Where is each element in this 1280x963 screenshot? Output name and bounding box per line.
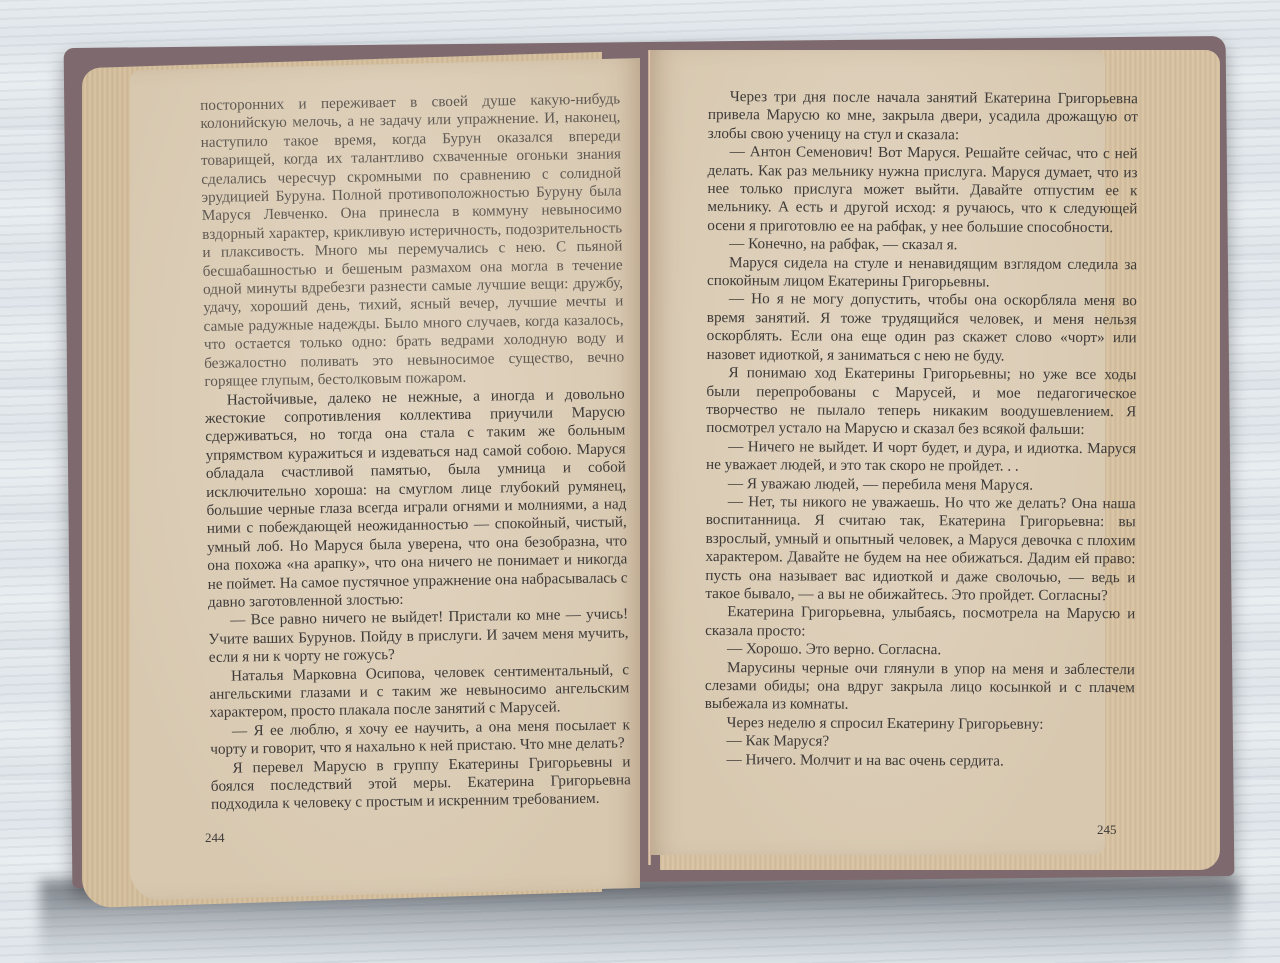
paragraph: — Конечно, на рабфак, — сказал я. bbox=[707, 235, 1137, 256]
paragraph: Настойчивые, далеко не нежные, а иногда … bbox=[205, 385, 628, 612]
paragraph: — Я ее люблю, я хочу ее научить, а она м… bbox=[210, 716, 631, 759]
paragraph: — Антон Семенович! Вот Маруся. Решайте с… bbox=[707, 143, 1137, 237]
paragraph: Марусины черные очи глянули в упор на ме… bbox=[705, 659, 1135, 716]
paragraph: — Нет, ты никого не уважаешь. Но что же … bbox=[705, 493, 1136, 606]
paragraph: — Хорошо. Это верно. Согласна. bbox=[705, 640, 1135, 661]
paragraph: — Я уважаю людей, — перебила меня Маруся… bbox=[706, 475, 1136, 496]
left-page-text: посторонних и переживает в своей душе ка… bbox=[200, 90, 631, 814]
paragraph: Наталья Марковна Осипова, человек сентим… bbox=[209, 661, 630, 723]
left-page-number: 244 bbox=[205, 830, 225, 846]
paragraph: Екатерина Григорьевна, улыбаясь, посмотр… bbox=[705, 603, 1135, 642]
paragraph: Я понимаю ход Екатерины Григорьевны; но … bbox=[706, 364, 1136, 440]
paragraph: Я перевел Марусю в группу Екатерины Григ… bbox=[210, 753, 631, 815]
book-gutter bbox=[648, 50, 651, 865]
paragraph: Через неделю я спросил Екатерину Григорь… bbox=[705, 714, 1135, 735]
paragraph: Маруся сидела на стуле и ненавидящим взг… bbox=[707, 254, 1137, 293]
paragraph: — Но я не могу допустить, чтобы она оско… bbox=[707, 290, 1137, 366]
paragraph: — Ничего не выйдет. И чорт будет, и дура… bbox=[706, 438, 1136, 477]
paragraph: — Как Маруся? bbox=[705, 732, 1135, 753]
paragraph: Через три дня после начала занятий Екате… bbox=[708, 88, 1138, 145]
paragraph: посторонних и переживает в своей душе ка… bbox=[200, 90, 625, 391]
right-page-text: Через три дня после начала занятий Екате… bbox=[704, 88, 1138, 771]
paragraph: — Ничего. Молчит и на вас очень сердита. bbox=[704, 751, 1134, 772]
right-page-number: 245 bbox=[1097, 822, 1117, 838]
paragraph: — Все равно ничего не выйдет! Пристали к… bbox=[208, 606, 629, 668]
